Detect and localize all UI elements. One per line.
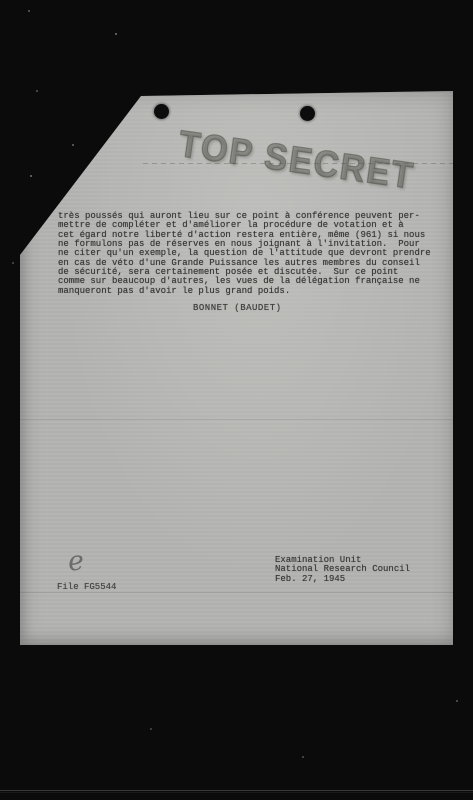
scan-artifact-line-footer [20, 592, 453, 593]
scan-artifact-line-bottom [0, 790, 473, 791]
scan-artifact-line-stamp [143, 163, 453, 164]
scan-artifact-line-middle [20, 419, 453, 420]
punch-hole-right [300, 106, 315, 121]
signature-line: BONNET (BAUDET) [193, 303, 282, 313]
document-body-text: très poussés qui auront lieu sur ce poin… [58, 212, 431, 296]
top-secret-stamp: TOP SECRET [176, 123, 417, 198]
document-page: TOP SECRET très poussés qui auront lieu … [20, 91, 453, 645]
scan-noise-specks [0, 0, 2, 2]
scanner-background: TOP SECRET très poussés qui auront lieu … [0, 0, 473, 800]
file-number-label: File FG5544 [57, 582, 116, 592]
issuer-date: Feb. 27, 1945 [275, 575, 410, 584]
handwritten-annotation: e [66, 545, 85, 578]
punch-hole-left [154, 104, 169, 119]
issuer-block: Examination Unit National Research Counc… [275, 556, 410, 584]
